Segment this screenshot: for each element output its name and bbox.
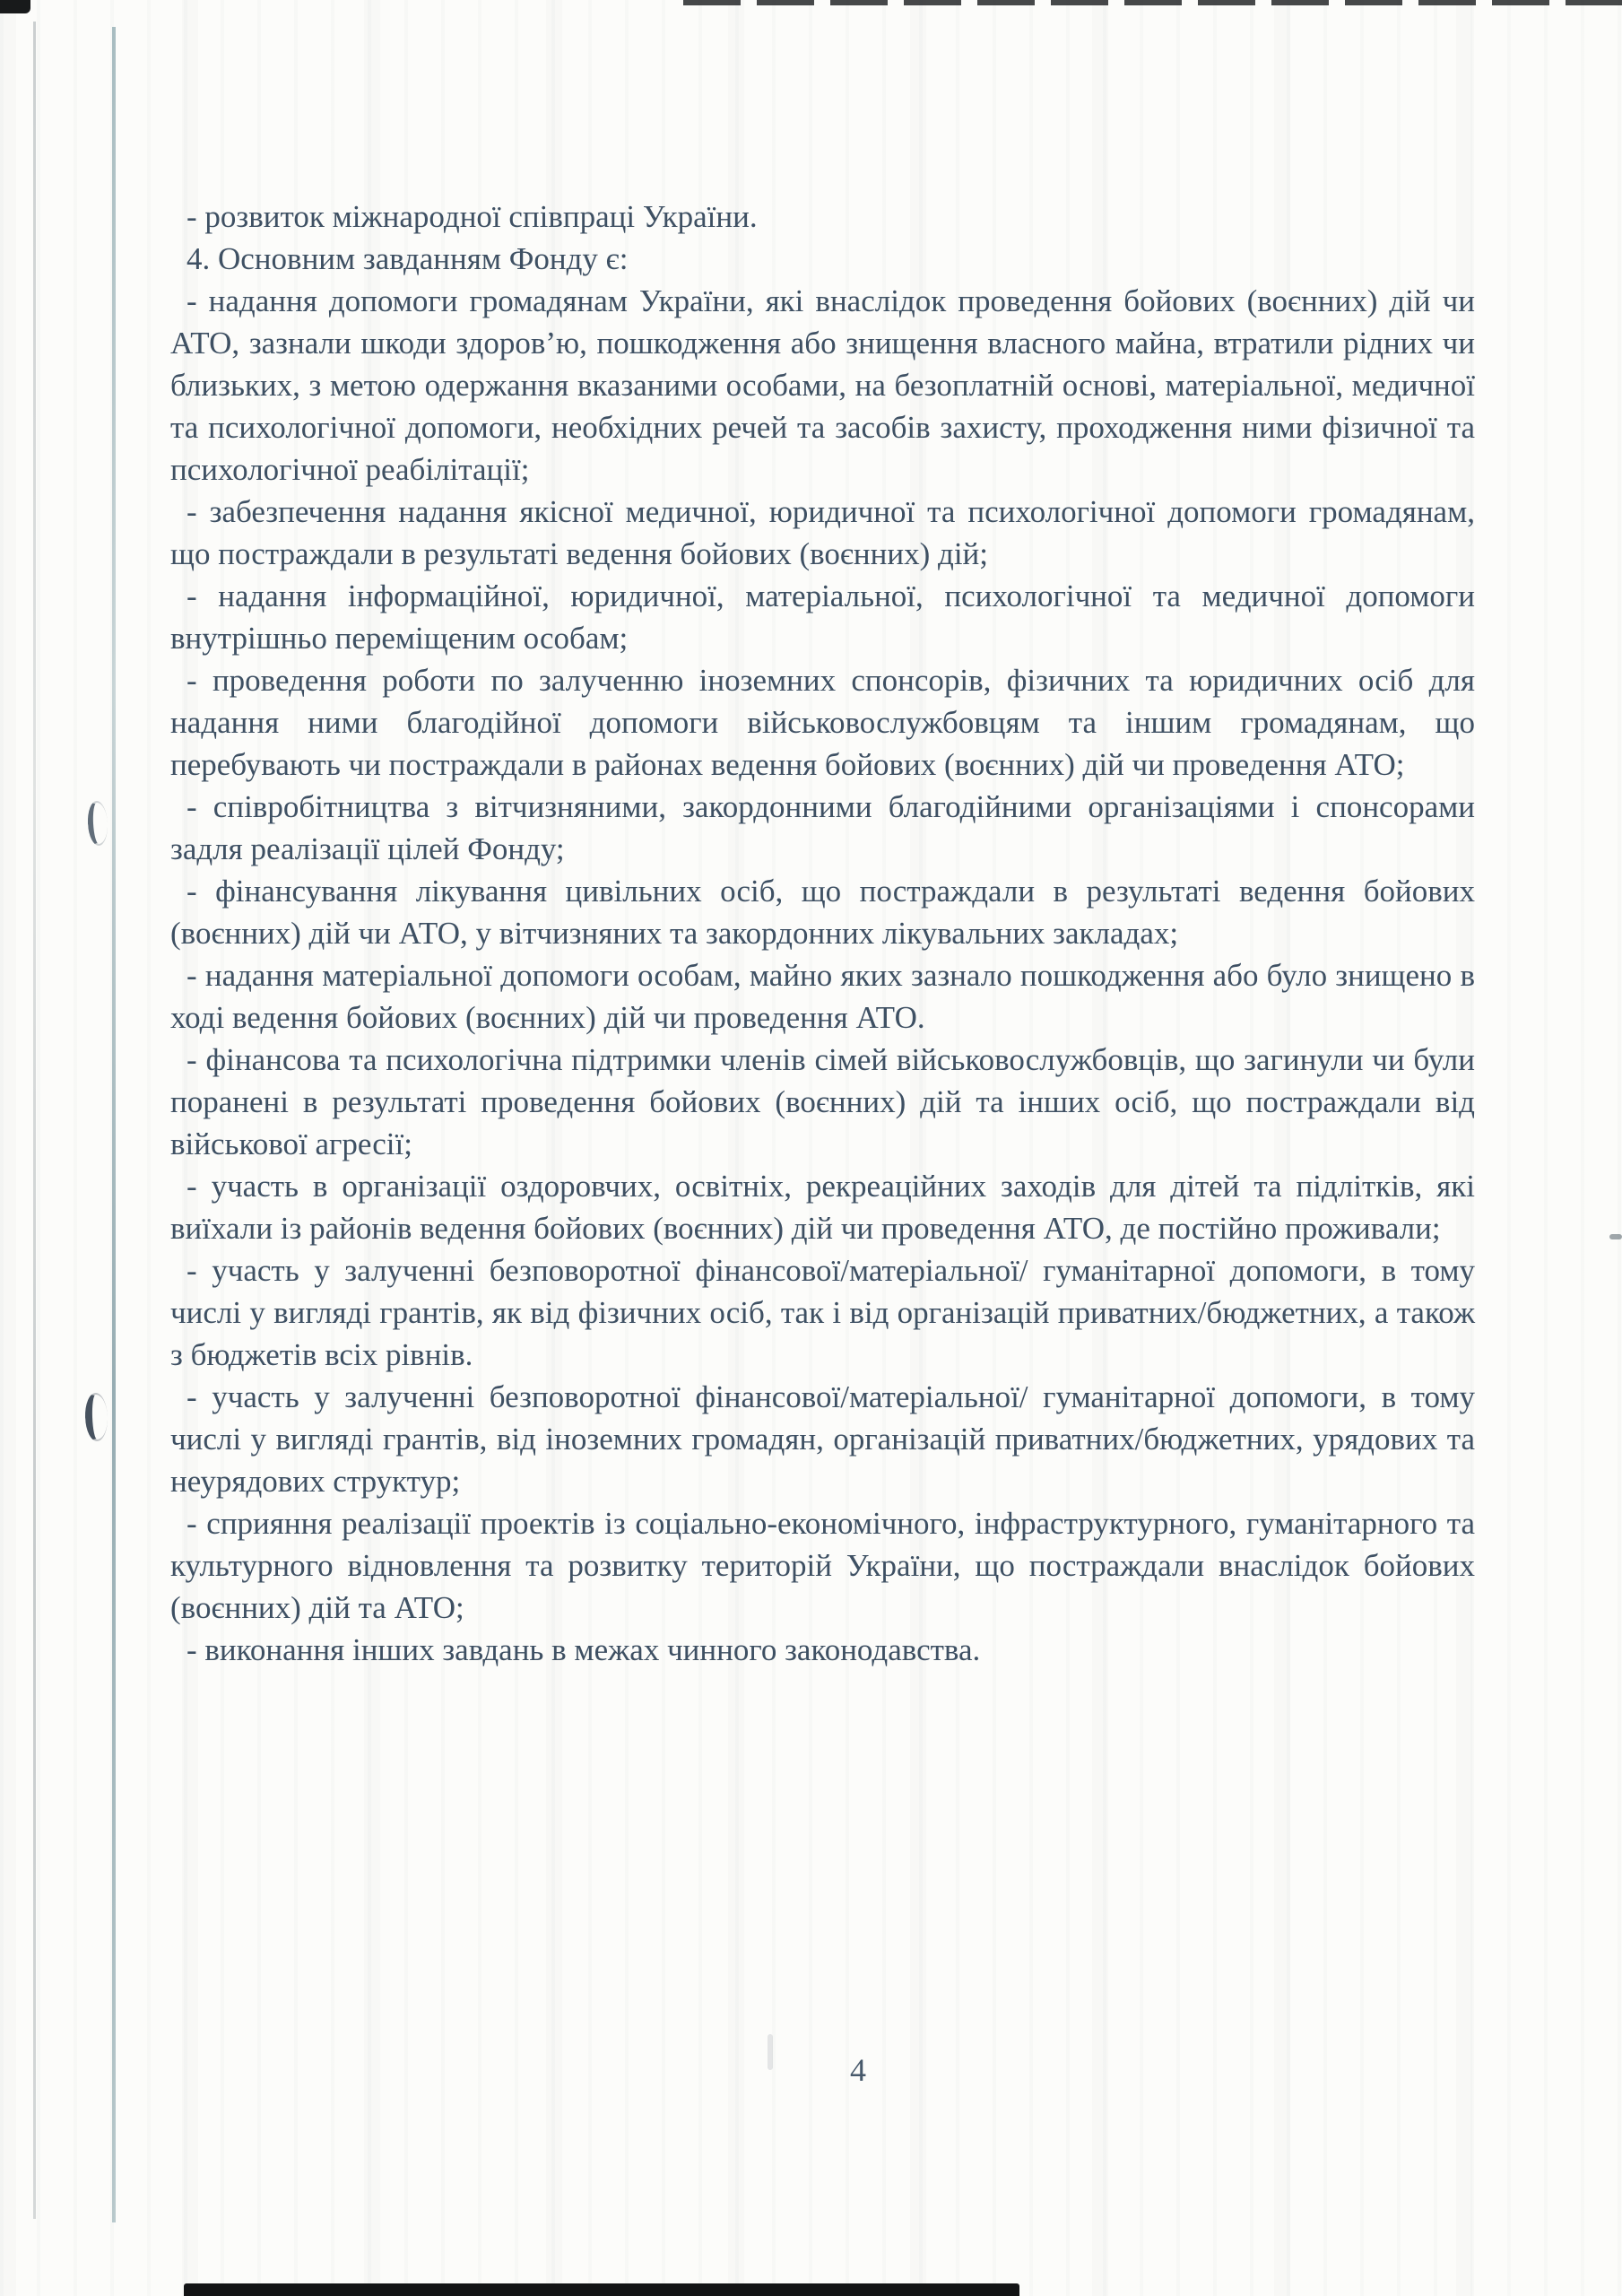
document-paragraph: - сприяння реалізації проектів із соціал… (170, 1502, 1475, 1629)
scan-artifact-top-dashed-line (683, 0, 1622, 5)
document-paragraph: - участь у залученні безповоротної фінан… (170, 1376, 1475, 1502)
document-paragraph: - участь у залученні безповоротної фінан… (170, 1249, 1475, 1376)
document-paragraph: - фінансова та психологічна підтримки чл… (170, 1039, 1475, 1165)
scan-artifact-bottom-bar (184, 2283, 1019, 2296)
document-paragraph: - проведення роботи по залученню іноземн… (170, 659, 1475, 786)
document-paragraph: 4. Основним завданням Фонду є: (170, 238, 1475, 280)
scan-artifact-top-left-notch (0, 0, 30, 13)
document-paragraph: - забезпечення надання якісної медичної,… (170, 491, 1475, 575)
document-paragraph: - надання інформаційної, юридичної, мате… (170, 575, 1475, 659)
document-paragraph: - надання допомоги громадянам України, я… (170, 280, 1475, 491)
scan-artifact-margin-mark-upper (87, 800, 109, 846)
document-body: - розвиток міжнародної співпраці України… (170, 196, 1475, 1671)
scan-artifact-right-edge-tick (1609, 1234, 1622, 1239)
scan-artifact-left-vertical-line-outer (33, 22, 36, 2219)
document-paragraph: - співробітництва з вітчизняними, закорд… (170, 786, 1475, 870)
scan-artifact-smudge (768, 2034, 773, 2070)
document-paragraph: - розвиток міжнародної співпраці України… (170, 196, 1475, 238)
page-number: 4 (850, 2052, 866, 2088)
document-paragraph: - участь в організації оздоровчих, освіт… (170, 1165, 1475, 1249)
scan-artifact-margin-mark-lower (84, 1393, 108, 1442)
document-paragraph: - фінансування лікування цивільних осіб,… (170, 870, 1475, 954)
scan-artifact-left-vertical-line-inner (112, 27, 116, 2222)
document-paragraph: - виконання інших завдань в межах чинног… (170, 1629, 1475, 1671)
scanned-document-page: - розвиток міжнародної співпраці України… (0, 0, 1622, 2296)
document-paragraph: - надання матеріальної допомоги особам, … (170, 954, 1475, 1039)
